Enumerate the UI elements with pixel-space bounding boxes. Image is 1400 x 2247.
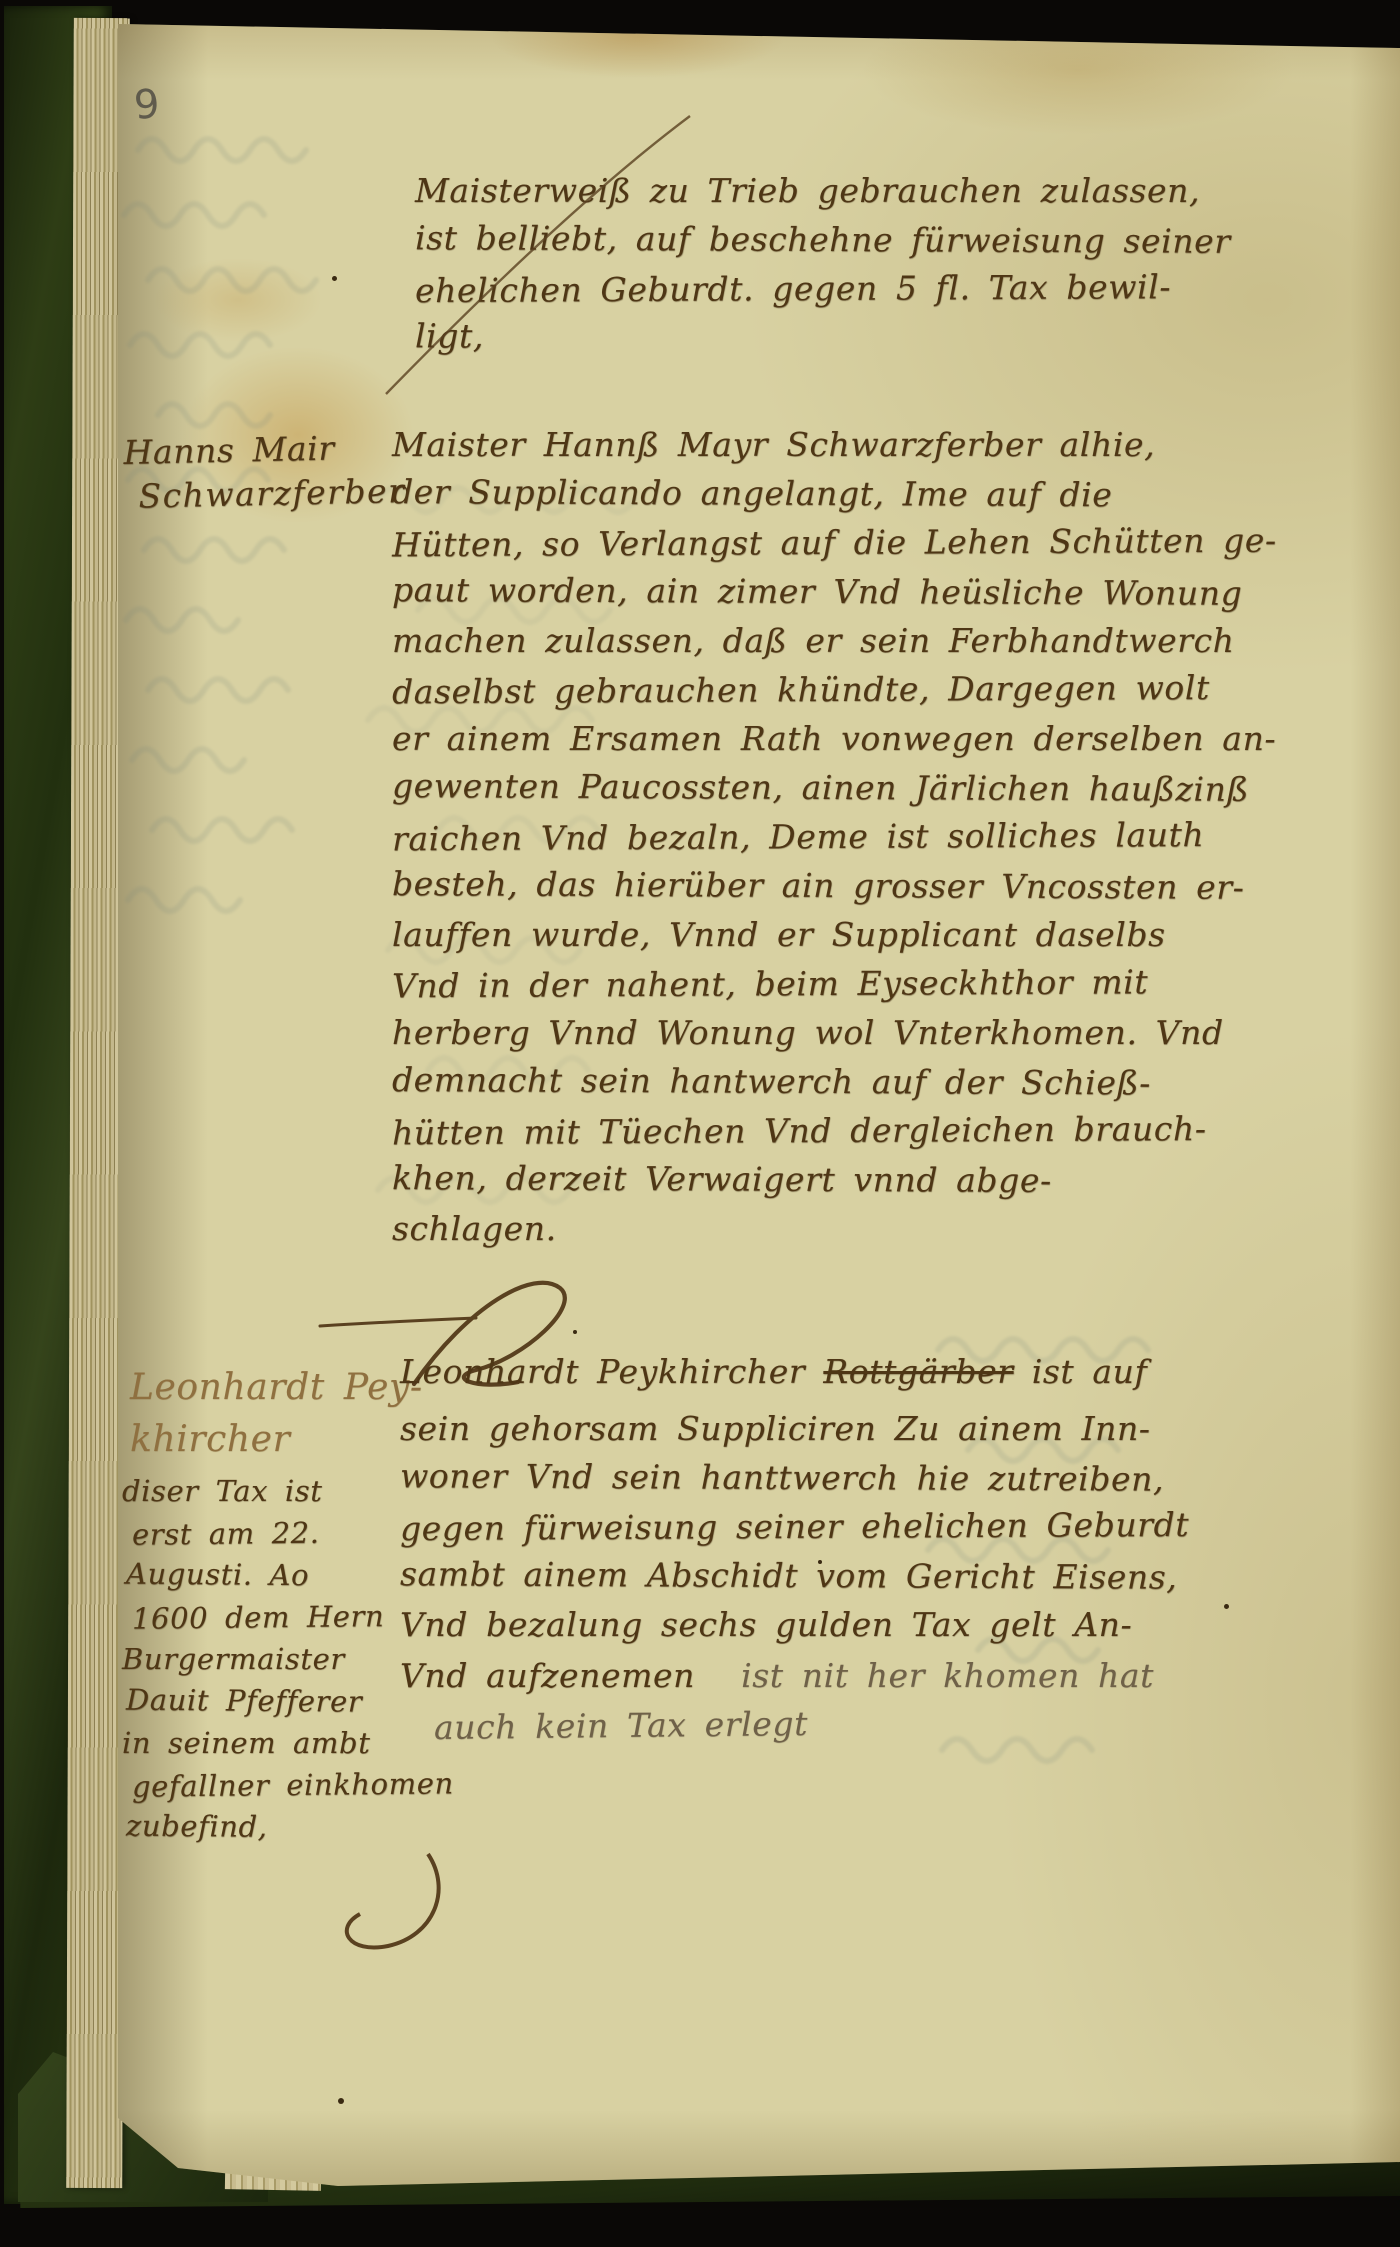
text-line: Vnd bezalung sechs gulden Tax gelt An- <box>400 1600 1189 1649</box>
ink-speck <box>1224 1604 1229 1609</box>
manuscript-photo: 9 Maisterweiß zu Trieb gebrauchen zulass… <box>0 0 1400 2247</box>
margin-note-line: zubefind, <box>126 1805 454 1850</box>
entry-3-line-7: Vnd aufzenemen ist nit her khomen hat <box>400 1656 1154 1695</box>
text-segment: Vnd aufzenemen <box>400 1656 695 1695</box>
entry-3-line-8: auch kein Tax erlegt <box>434 1704 808 1747</box>
ink-speck <box>818 1560 822 1564</box>
text-line: raichen Vnd bezaln, Deme ist solliches l… <box>392 810 1277 864</box>
text-line: besteh, das hierüber ain grosser Vncosst… <box>392 859 1277 912</box>
margin-note-line: Leonhardt Pey- <box>130 1362 423 1414</box>
text-line: lauffen wurde, Vnnd er Supplicant daselb… <box>392 910 1277 959</box>
text-line: Maister Hannß Mayr Schwarzferber alhie, <box>392 420 1277 469</box>
entry-2-margin-note: Hanns MairSchwarzferber <box>123 425 406 519</box>
text-line: sein gehorsam Suppliciren Zu ainem Inn- <box>400 1404 1189 1453</box>
ink-speck <box>332 276 337 281</box>
margin-flourish <box>238 1850 458 1960</box>
entry-3-line-1: Leonhardt Peykhircher Rottgärber ist auf <box>400 1352 1147 1391</box>
text-segment: Leonhardt Peykhircher <box>400 1352 823 1391</box>
text-line: hütten mit Tüechen Vnd dergleichen brauc… <box>392 1104 1277 1158</box>
margin-note-line: in seinem ambt <box>122 1722 454 1764</box>
text-line: khen, derzeit Verwaigert vnnd abge- <box>392 1153 1277 1206</box>
ink-speck <box>338 2098 344 2104</box>
struck-word: Rottgärber <box>823 1352 1013 1391</box>
ink-speck <box>573 1330 577 1334</box>
text-line: er ainem Ersamen Rath vonwegen derselben… <box>392 714 1277 763</box>
margin-note-line: Hanns Mair <box>123 425 405 475</box>
text-line: Hütten, so Verlangst auf die Lehen Schüt… <box>392 516 1277 570</box>
margin-note-line: gefallner einkhomen <box>132 1762 454 1807</box>
folio-number: 9 <box>132 81 161 129</box>
text-line: machen zulassen, daß er sein Ferbhandtwe… <box>392 616 1277 665</box>
entry-2-body: Maister Hannß Mayr Schwarzferber alhie,d… <box>392 420 1277 1253</box>
text-line: der Supplicando angelangt, Ime auf die <box>392 467 1277 520</box>
pen-stroke <box>368 110 698 400</box>
text-line: paut worden, ain zimer Vnd heüsliche Won… <box>392 565 1277 618</box>
margin-note-line: khircher <box>130 1414 423 1466</box>
text-line: Vnd in der nahent, beim Eyseckhthor mit <box>392 957 1277 1011</box>
text-line: woner Vnd sein hanttwerch hie zutreiben, <box>400 1451 1189 1503</box>
entry-3-body: sein gehorsam Suppliciren Zu ainem Inn-w… <box>400 1404 1189 1649</box>
text-line: herberg Vnnd Wonung wol Vnterkhomen. Vnd <box>392 1008 1277 1057</box>
text-line: gegen fürweisung seiner ehelichen Geburd… <box>400 1500 1189 1553</box>
text-segment: ist auf <box>1014 1352 1148 1391</box>
margin-note-line: Schwarzferber <box>138 469 406 519</box>
manuscript-page: 9 Maisterweiß zu Trieb gebrauchen zulass… <box>118 0 1400 2200</box>
entry-3-margin-name: Leonhardt Pey-khircher <box>130 1362 423 1466</box>
text-line: daselbst gebrauchen khündte, Dargegen wo… <box>392 663 1277 717</box>
text-line: schlagen. <box>392 1204 1277 1253</box>
text-line: sambt ainem Abschidt vom Gericht Eisens, <box>400 1549 1189 1601</box>
text-line: demnacht sein hantwerch auf der Schieß- <box>392 1055 1277 1108</box>
late-addition: ist nit her khomen hat <box>741 1656 1154 1695</box>
text-line: gewenten Paucossten, ainen Järlichen hau… <box>392 761 1277 814</box>
